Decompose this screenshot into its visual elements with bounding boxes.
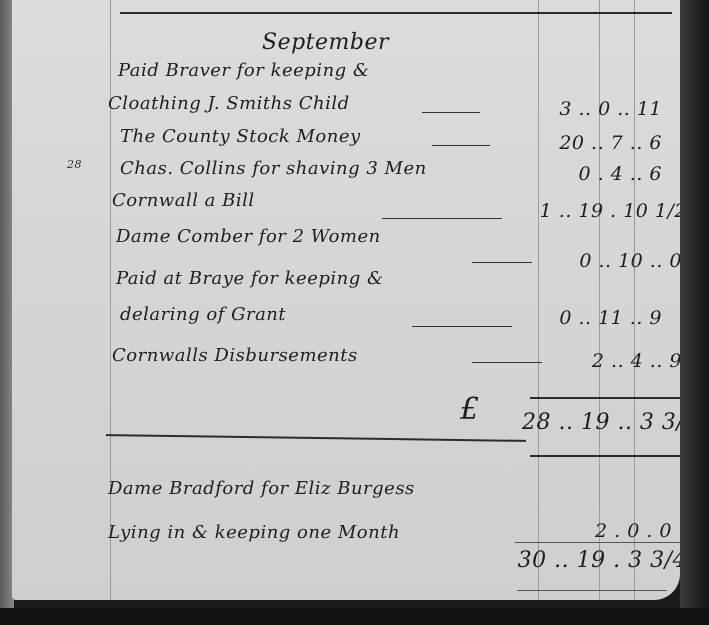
section-divider-rule: [106, 434, 526, 442]
ledger-page: September 28 Paid Braver for keeping & C…: [12, 0, 680, 600]
second-entry-line-1: Dame Bradford for Eliz Burgess: [108, 478, 415, 499]
entry-6-amount: 0 .. 11 .. 9: [532, 307, 662, 329]
leader-line: [412, 326, 512, 327]
subtotal-amount: 28 .. 19 .. 3 3/4: [522, 410, 680, 435]
leader-line: [422, 112, 480, 113]
grand-total-amount: 30 .. 19 . 3 3/4: [517, 548, 680, 573]
entry-6-line-1: Paid at Braye for keeping &: [116, 268, 384, 289]
entry-5-amount: 0 .. 10 .. 0: [532, 250, 680, 272]
leader-line: [432, 145, 490, 146]
leader-line: [382, 218, 502, 219]
entry-5-line-1: Dame Comber for 2 Women: [116, 226, 381, 247]
month-heading: September: [262, 30, 389, 55]
margin-note: 28: [67, 158, 82, 171]
entry-6-line-2: delaring of Grant: [120, 304, 286, 325]
leader-line: [472, 262, 532, 263]
grand-total-rule: [515, 542, 680, 543]
entry-2-amount: 20 .. 7 .. 6: [522, 132, 662, 154]
entry-1-line-2: Cloathing J. Smiths Child: [108, 93, 350, 114]
pence-column-rule: [634, 0, 635, 600]
top-rule: [120, 12, 672, 14]
entry-1-amount: 3 .. 0 .. 11: [542, 98, 662, 120]
pounds-column-rule: [538, 0, 539, 600]
entry-1-line-1: Paid Braver for keeping &: [118, 60, 369, 81]
margin-rule: [110, 0, 111, 600]
entry-7-amount: 2 .. 4 .. 9: [532, 350, 680, 372]
section-divider-rule-right: [530, 455, 680, 457]
subtotal-rule: [530, 397, 680, 399]
entry-4-amount: 1 .. 19 . 10 1/2: [522, 200, 680, 222]
grand-total-underline: [517, 590, 667, 591]
second-entry-amount: 2 . 0 . 0: [532, 520, 672, 542]
entry-3-amount: 0 . 4 .. 6: [532, 163, 662, 185]
pound-sign: £: [460, 392, 480, 427]
entry-7-line-1: Cornwalls Disbursements: [112, 345, 358, 366]
second-entry-line-2: Lying in & keeping one Month: [108, 522, 400, 543]
book-gutter-right: [680, 0, 709, 625]
entry-4-line-1: Cornwall a Bill: [112, 190, 255, 211]
shillings-column-rule: [599, 0, 600, 600]
page-bottom-shadow: [0, 608, 709, 625]
entry-3-line-1: Chas. Collins for shaving 3 Men: [120, 158, 427, 179]
entry-2-line-1: The County Stock Money: [120, 126, 361, 147]
